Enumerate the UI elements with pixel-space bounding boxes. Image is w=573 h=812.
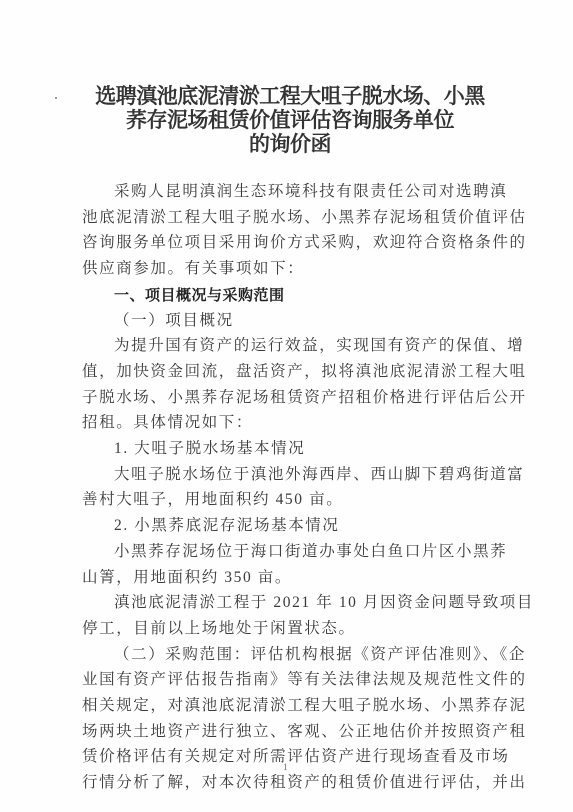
body-text-line: （一）项目概况 <box>114 311 492 331</box>
title-line-1: 选聘滇池底泥清淤工程大咀子脱水场、小黑 <box>60 84 520 108</box>
body-text-line: 大咀子脱水场位于滇池外海西岸、西山脚下碧鸡街道富 <box>114 465 492 485</box>
scan-speck <box>55 97 57 99</box>
document-page: 选聘滇池底泥清淤工程大咀子脱水场、小黑 荞存泥场租赁价值评估咨询服务单位 的询价… <box>0 0 573 812</box>
body-text-line: 值，加快资金回流，盘活资产，拟将滇池底泥清淤工程大咀 <box>82 362 492 382</box>
body-text-line: 2. 小黑荞底泥存泥场基本情况 <box>114 516 492 536</box>
page-number: 1 <box>283 762 288 772</box>
body-text-line: 子脱水场、小黑荞存泥场租赁资产招租价格进行评估后公开 <box>82 388 492 408</box>
body-text-line: 善村大咀子，用地面积约 450 亩。 <box>82 490 492 510</box>
title-line-3: 的询价函 <box>60 132 520 156</box>
body-text-line: 山箐，用地面积约 350 亩。 <box>82 568 492 588</box>
body-text-line: 招租。具体情况如下： <box>82 413 492 433</box>
body-text-line: 小黑荞存泥场位于海口街道办事处白鱼口片区小黑荞 <box>114 542 492 562</box>
body-text-line: （二）采购范围：评估机构根据《资产评估准则》、《企 <box>114 645 492 665</box>
body-text-line: 业国有资产评估报告指南》等有关法律法规及规范性文件的 <box>82 670 492 690</box>
body-text-line: 停工，目前以上场地处于闲置状态。 <box>82 619 492 639</box>
body-text-line: 供应商参加。有关事项如下： <box>82 259 492 279</box>
body-text-line: 滇池底泥清淤工程于 2021 年 10 月因资金问题导致项目 <box>114 593 492 613</box>
body-text-line: 为提升国有资产的运行效益，实现国有资产的保值、增 <box>114 336 492 356</box>
body-text-line: 场两块土地资产进行独立、客观、公正地估价并按照资产租 <box>82 722 492 742</box>
body-text-line: 池底泥清淤工程大咀子脱水场、小黑荞存泥场租赁价值评估 <box>82 208 492 228</box>
body-text-line: 行情分析了解，对本次待租资产的租赁价值进行评估，并出 <box>82 773 492 793</box>
body-text-line: 相关规定，对滇池底泥清淤工程大咀子脱水场、小黑荞存泥 <box>82 696 492 716</box>
section-heading: 一、项目概况与采购范围 <box>114 285 492 305</box>
title-line-2: 荞存泥场租赁价值评估咨询服务单位 <box>60 108 520 132</box>
body-text-line: 1. 大咀子脱水场基本情况 <box>114 439 492 459</box>
body-text-line: 采购人昆明滇润生态环境科技有限责任公司对选聘滇 <box>114 182 492 202</box>
body-text-line: 咨询服务单位项目采用询价方式采购，欢迎符合资格条件的 <box>82 233 492 253</box>
